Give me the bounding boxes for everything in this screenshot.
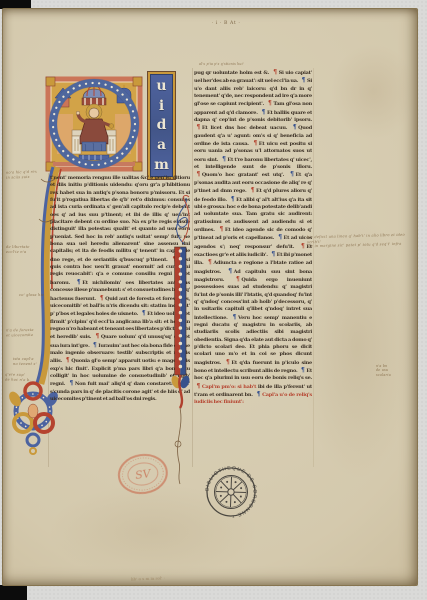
- raised-hand: [76, 111, 80, 115]
- paraph-mark: ¶: [93, 342, 97, 349]
- marginal-note: ista capl'a no tenent s': [13, 357, 65, 366]
- paraph-mark: ¶: [301, 367, 305, 374]
- paraph-mark: ¶: [302, 77, 306, 84]
- paraph-mark: ¶: [222, 156, 226, 163]
- paraph-mark: ¶: [226, 359, 230, 366]
- paraph-mark: ¶: [220, 226, 224, 233]
- paraph-mark: ¶: [231, 196, 235, 203]
- paraph-mark: ¶: [271, 251, 275, 258]
- text-segment: Capl'm pm'o: si hab't: [202, 384, 258, 390]
- stamp-rim-text: BIBLIOTHEQUE DE SORBONNE *: [204, 464, 259, 519]
- ruling-line: [313, 68, 314, 467]
- marginal-note: de libertate eccl'ie n'a: [6, 245, 46, 254]
- paraph-mark: ¶: [208, 259, 212, 266]
- text-segment: Veru hoc semp' manentiu e regni ducatu q…: [194, 315, 312, 366]
- paraph-mark: ¶: [278, 234, 282, 241]
- orb: [109, 124, 114, 129]
- paraph-mark: ¶: [197, 124, 201, 131]
- paraph-mark: ¶: [236, 276, 240, 283]
- stamp-wheel-spokes: [215, 476, 246, 507]
- svg-text:BIBLIOTHEQUE DE SORBONNE *: BIBLIOTHEQUE DE SORBONNE *: [204, 464, 259, 519]
- column-divider-ornament: [166, 192, 196, 492]
- text-segment: Quom'o hoc gratant' est utq'.: [202, 172, 288, 178]
- text-segment: pug qr uoluntate hoim est &.: [194, 70, 271, 76]
- manuscript-page: · i · B At ·: [2, 8, 418, 586]
- marginal-note: n'a bn de usu scolariu: [376, 364, 426, 377]
- paraph-mark: ¶: [197, 383, 201, 390]
- text-segment: Et licet dns hoc debeat uacuu.: [202, 125, 291, 131]
- parchment-stain: [331, 44, 416, 139]
- shelfmark-inscription: · i · B At ·: [186, 21, 266, 26]
- paraph-mark: ¶: [251, 187, 255, 194]
- banner-letter: m: [154, 158, 169, 172]
- paraph-mark: ¶: [228, 268, 232, 275]
- title-banner: u i d a m: [148, 72, 175, 179]
- film-mark-bottom-left: [0, 585, 27, 600]
- marginal-note: q'ere sup' de hoc n'a b.: [5, 373, 55, 383]
- red-ink-stamp: SV: [112, 448, 174, 501]
- paraph-mark: ¶: [66, 357, 70, 364]
- interlinear-note: al's p'ia p's q'stionis hui': [199, 62, 304, 66]
- text-column-right: pug qr uoluntate hoim est &. ¶Si uio cap…: [194, 69, 312, 467]
- paraph-mark: ¶: [77, 279, 81, 286]
- banner-letter: u: [156, 79, 166, 93]
- marginal-note: co' glosa hic: [19, 293, 67, 298]
- marginal-note: no'a hic q'd rex in sciis suis: [6, 169, 48, 180]
- sorbonne-library-stamp: BIBLIOTHEQUE DE SORBONNE *: [203, 464, 259, 520]
- paraph-mark: ¶: [100, 295, 104, 302]
- paraph-mark: ¶: [253, 140, 257, 147]
- red-stamp-monogram: SV: [134, 467, 152, 482]
- paraph-mark: ¶: [293, 124, 297, 131]
- paraph-mark: ¶: [301, 243, 305, 250]
- paraph-mark: ¶: [257, 391, 261, 398]
- paraph-mark: ¶: [262, 109, 266, 116]
- paraph-mark: ¶: [268, 100, 272, 107]
- paraph-mark: ¶: [69, 380, 73, 387]
- marginal-note: n'a de foresta et uicecomite: [6, 328, 56, 338]
- historiated-initial-miniature: [45, 76, 143, 172]
- paraph-mark: ¶: [273, 69, 277, 76]
- paraph-mark: ¶: [233, 314, 237, 321]
- faded-inscription: lib' o s m ia sol' ·: [131, 574, 216, 582]
- banner-letter: d: [157, 118, 167, 132]
- banner-letter: a: [157, 138, 166, 152]
- marginal-note: hic deficit una linea q' hab't' in alio …: [307, 233, 405, 250]
- parchment-stain: [301, 214, 413, 479]
- banner-letter: i: [159, 99, 164, 113]
- paraph-mark: ¶: [197, 171, 201, 178]
- manuscript-photograph: · i · B At ·: [0, 0, 427, 600]
- paraph-mark: ¶: [96, 333, 100, 340]
- paraph-mark: ¶: [142, 310, 146, 317]
- paraph-mark: ¶: [290, 171, 294, 178]
